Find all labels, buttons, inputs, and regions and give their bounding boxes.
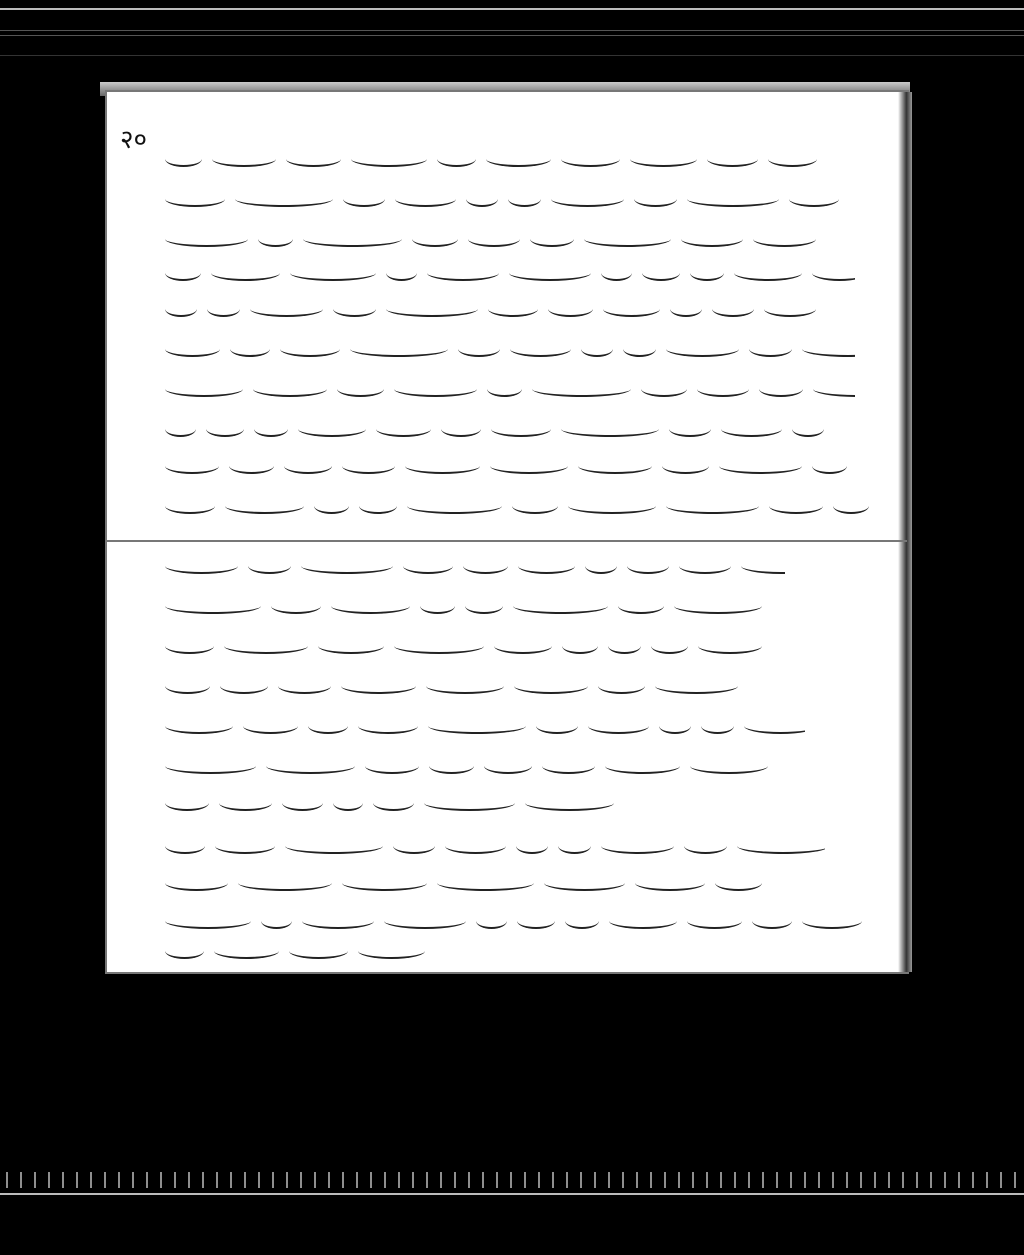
handwritten-line [165,755,805,781]
film-border-line [0,55,1024,56]
handwritten-line [165,418,855,444]
handwritten-line [165,792,645,818]
handwritten-line [165,675,785,701]
film-border-top [0,8,1024,10]
page-right-edge [898,92,912,972]
handwritten-line [165,228,855,254]
handwritten-line [165,555,785,581]
page-fold [107,540,907,542]
handwritten-line [165,455,875,481]
film-border-line [0,35,1024,36]
handwritten-line [165,188,855,214]
handwritten-line [165,148,855,174]
handwritten-line [165,635,785,661]
handwritten-line [165,940,455,966]
film-border-line [0,30,1024,31]
film-border-bottom [0,1193,1024,1195]
handwritten-line [165,910,885,936]
handwritten-line [165,338,855,364]
handwritten-line [165,262,855,288]
handwritten-line [165,872,785,898]
film-edge-noise [0,1172,1024,1188]
handwritten-line [165,378,855,404]
handwritten-line [165,298,865,324]
page-number: २० [120,120,147,156]
handwritten-line [165,495,875,521]
handwritten-line [165,715,805,741]
handwritten-line [165,835,825,861]
handwritten-line [165,595,785,621]
